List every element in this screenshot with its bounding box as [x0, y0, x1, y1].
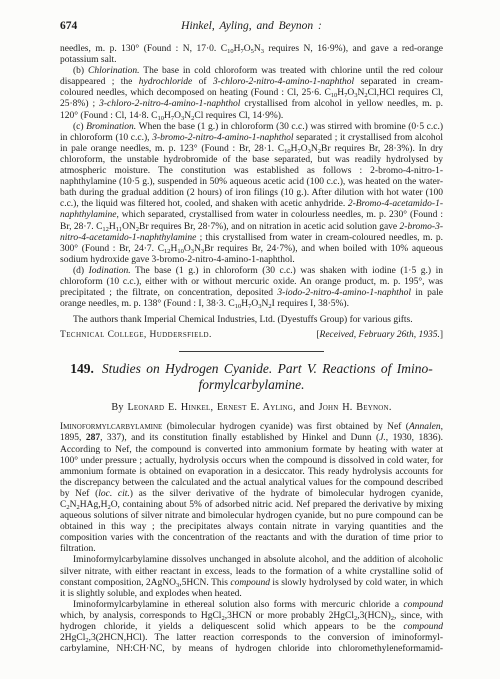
affiliation: Technical College, Huddersfield.: [60, 330, 212, 340]
article-title-line2: formylcarbylamine.: [198, 377, 304, 392]
paragraph-silver-nitrate: Iminoformylcarbylamine dissolves unchang…: [60, 555, 443, 599]
affiliation-row: Technical College, Huddersfield. [Receiv…: [60, 330, 443, 340]
page-header: 674 Hinkel, Ayling, and Beynon :: [60, 20, 443, 35]
article-title-block: 149.Studies on Hydrogen Cyanide. Part V.…: [60, 361, 443, 393]
article-body: Iminoformylcarbylamine (bimolecular hydr…: [60, 422, 443, 655]
journal-page: 674 Hinkel, Ayling, and Beynon : needles…: [0, 0, 500, 679]
article-number: 149.: [70, 361, 94, 376]
acknowledgment: The authors thank Imperial Chemical Indu…: [60, 315, 443, 326]
paragraph-iodination: (d) Iodination. The base (1 g.) in chlor…: [60, 266, 443, 310]
scanned-journal-page: { "meta": { "ink_color": "#1c1c1c", "pap…: [0, 0, 500, 679]
previous-article-end: needles, m. p. 130° (Found : N, 17·0. C1…: [60, 44, 443, 340]
paragraph-intro: Iminoformylcarbylamine (bimolecular hydr…: [60, 422, 443, 555]
article-title-line1: Studies on Hydrogen Cyanide. Part V. Rea…: [102, 361, 433, 376]
paragraph-mercuric-chloride: Iminoformylcarbylamine in ethereal solut…: [60, 600, 443, 655]
paragraph-continuation: needles, m. p. 130° (Found : N, 17·0. C1…: [60, 44, 443, 66]
received-date: [Received, February 26th, 1935.]: [316, 330, 443, 340]
paragraph-chlorination: (b) Chlorination. The base in cold chlor…: [60, 66, 443, 121]
section-divider: [179, 351, 324, 352]
byline: By Leonard E. Hinkel, Ernest E. Ayling, …: [60, 402, 443, 413]
paragraph-bromination: (c) Bromination. When the base (1 g.) in…: [60, 122, 443, 266]
running-title: Hinkel, Ayling, and Beynon :: [60, 20, 443, 32]
